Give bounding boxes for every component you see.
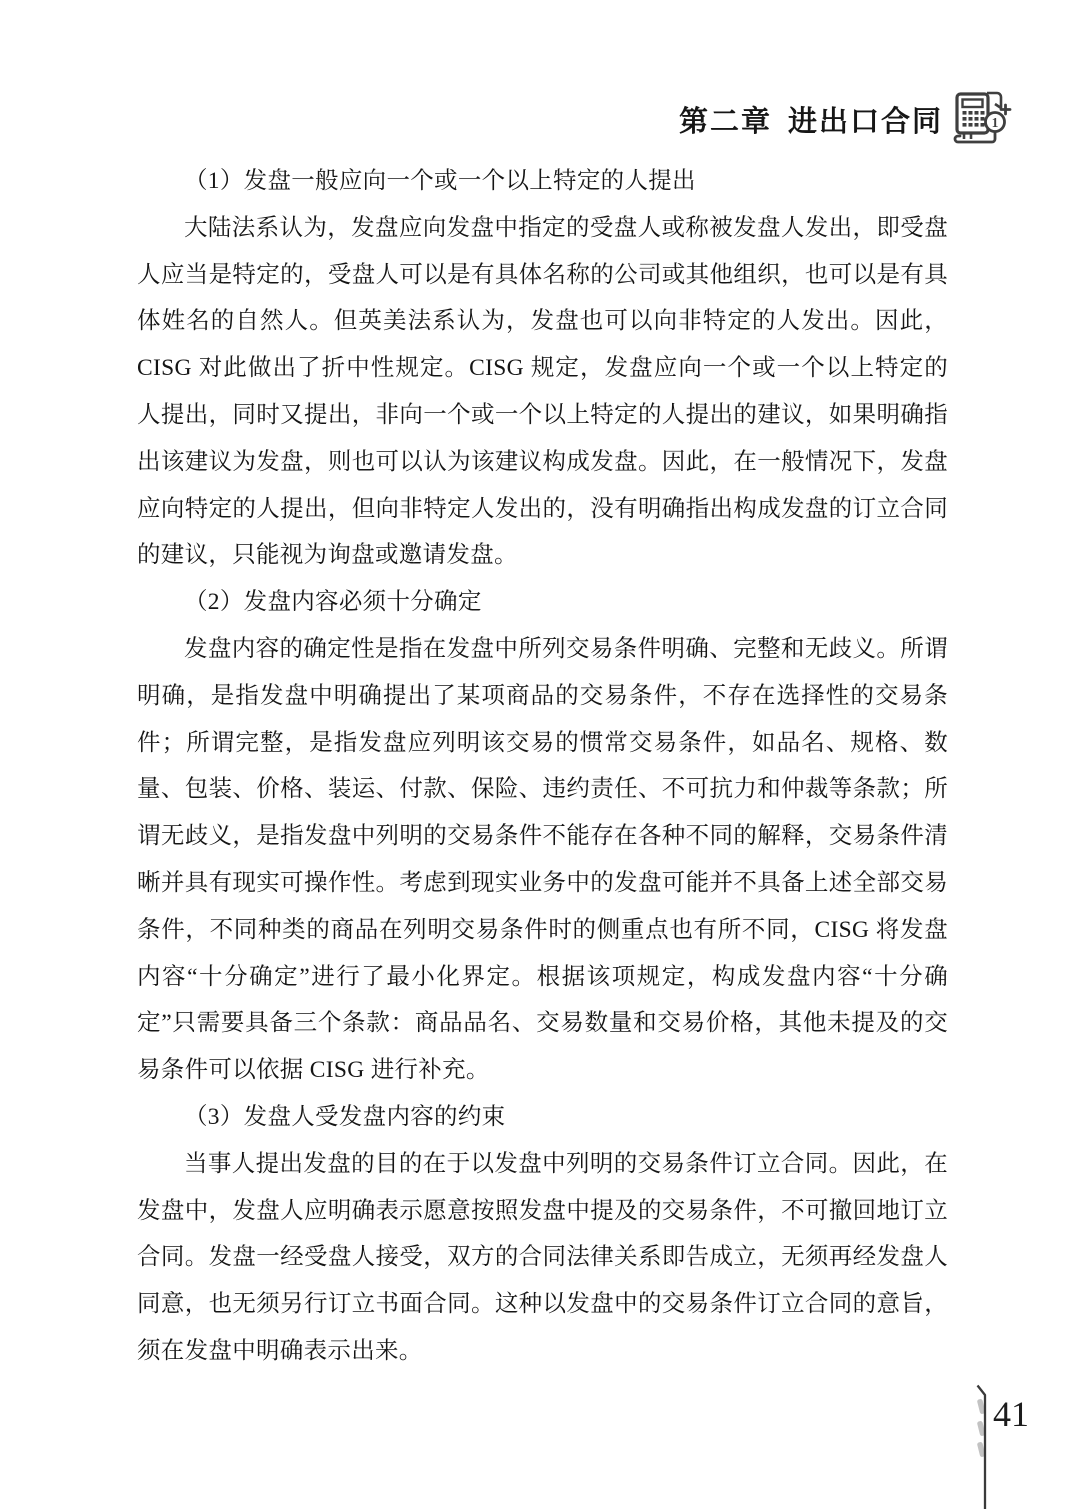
chapter-title: 进出口合同	[788, 106, 943, 138]
chapter-number: 第二章	[679, 106, 772, 138]
paragraph-2: 发盘内容的确定性是指在发盘中所列交易条件明确、完整和无歧义。所谓明确，是指发盘中…	[137, 626, 948, 1094]
page-number: 41	[993, 1392, 1029, 1436]
document-page: 第二章进出口合同 1 （1）发盘一般应向一个或一个以上特定的人提出 大陆法系认为…	[0, 0, 1080, 1509]
paragraph-3: 当事人提出发盘的目的在于以发盘中列明的交易条件订立合同。因此，在发盘中，发盘人应…	[137, 1141, 948, 1375]
chapter-heading: 第二章进出口合同	[0, 99, 943, 140]
page-body: （1）发盘一般应向一个或一个以上特定的人提出 大陆法系认为，发盘应向发盘中指定的…	[137, 158, 948, 1375]
list-heading-3: （3）发盘人受发盘内容的约束	[137, 1094, 948, 1141]
paragraph-1: 大陆法系认为，发盘应向发盘中指定的受盘人或称被发盘人发出，即受盘人应当是特定的，…	[137, 205, 948, 579]
svg-text:1: 1	[992, 115, 999, 130]
list-heading-1: （1）发盘一般应向一个或一个以上特定的人提出	[137, 158, 948, 205]
list-heading-2: （2）发盘内容必须十分确定	[137, 579, 948, 626]
cash-register-icon: 1	[951, 88, 1013, 150]
